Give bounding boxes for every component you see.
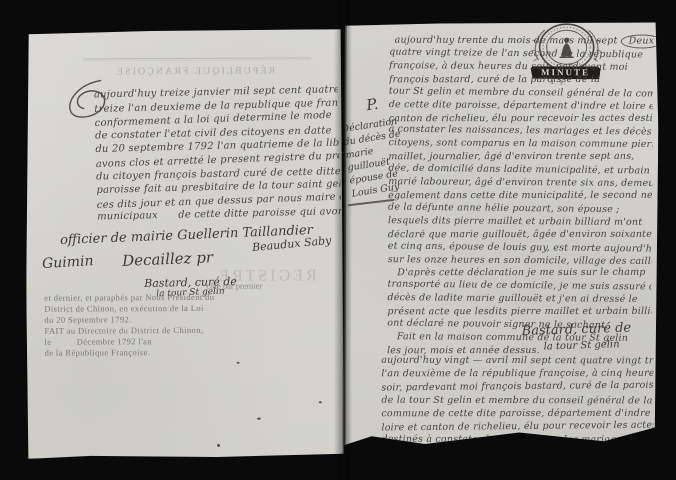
handwriting-line: marié laboureur, âgé d'environ trente si… — [388, 176, 652, 191]
bleed-through-heading: RÉPUBLIQUE FRANÇOISE — [85, 65, 305, 77]
handwriting-line: soir, pardevant moi françois bastard, cu… — [381, 379, 653, 395]
handwriting-line: lesquels dits pierre maillet et urbain b… — [388, 215, 652, 230]
right-page: MINUTE 4. S. aujourd'huy trente du mois … — [343, 21, 658, 446]
margin-paragraph-mark: P. — [365, 95, 379, 114]
printed-line: de la République Françoise. — [45, 347, 263, 359]
entry1-line1-pre: aujourd'huy trente du mois de mars mil s… — [395, 35, 621, 47]
printed-certification: et dernier, et paraphés par Nous Préside… — [44, 292, 262, 359]
entry1-first-line: aujourd'huy trente du mois de mars mil s… — [395, 34, 653, 48]
handwriting-line: déclaré que marie guillouët, âgée d'envi… — [388, 229, 652, 242]
handwriting-line: françois bastard, curé de la paroisse de… — [389, 74, 653, 87]
handwriting-line: et cinq ans, épouse de louis guy, est mo… — [388, 240, 652, 256]
handwriting-line: décès de ladite marie guillouët et j'en … — [387, 292, 651, 307]
handwriting-line: aujourd'huy vingt — avril mil sept cent … — [381, 354, 653, 368]
death-act-entry: quatre vingt treize de l'an second de la… — [387, 47, 653, 359]
printed-partial-line: côté par premier — [44, 281, 262, 292]
circled-correction: Deux — [621, 34, 659, 48]
signature-guimin: Guimin — [42, 253, 94, 272]
handwriting-line: de la tour St gelin et membre du conseil… — [381, 393, 653, 407]
paper-specks — [25, 29, 342, 31]
gutter-shadow — [334, 0, 352, 480]
left-page: RÉPUBLIQUE FRANÇOISE aujourd'huy treize … — [25, 29, 344, 459]
handwriting-line: destinés à constater les naissances, les… — [381, 433, 653, 447]
margin-note-declaration: Déclarationdu décès demarieguillouëtépou… — [343, 113, 422, 201]
scanned-register-spread: RÉPUBLIQUE FRANÇOISE aujourd'huy treize … — [0, 0, 676, 480]
handwriting-line: françoise, à deux heures du soir, pardev… — [389, 60, 653, 75]
handwriting-line: tour St gelin et membre du conseil génér… — [389, 85, 653, 101]
signature-decaillez: Decaillez pr — [122, 248, 214, 270]
faint-rule — [83, 57, 311, 59]
closing-act-text: aujourd'huy treize janvier mil sept cent… — [94, 83, 341, 225]
next-act-entry: aujourd'huy vingt — avril mil sept cent … — [381, 354, 653, 447]
